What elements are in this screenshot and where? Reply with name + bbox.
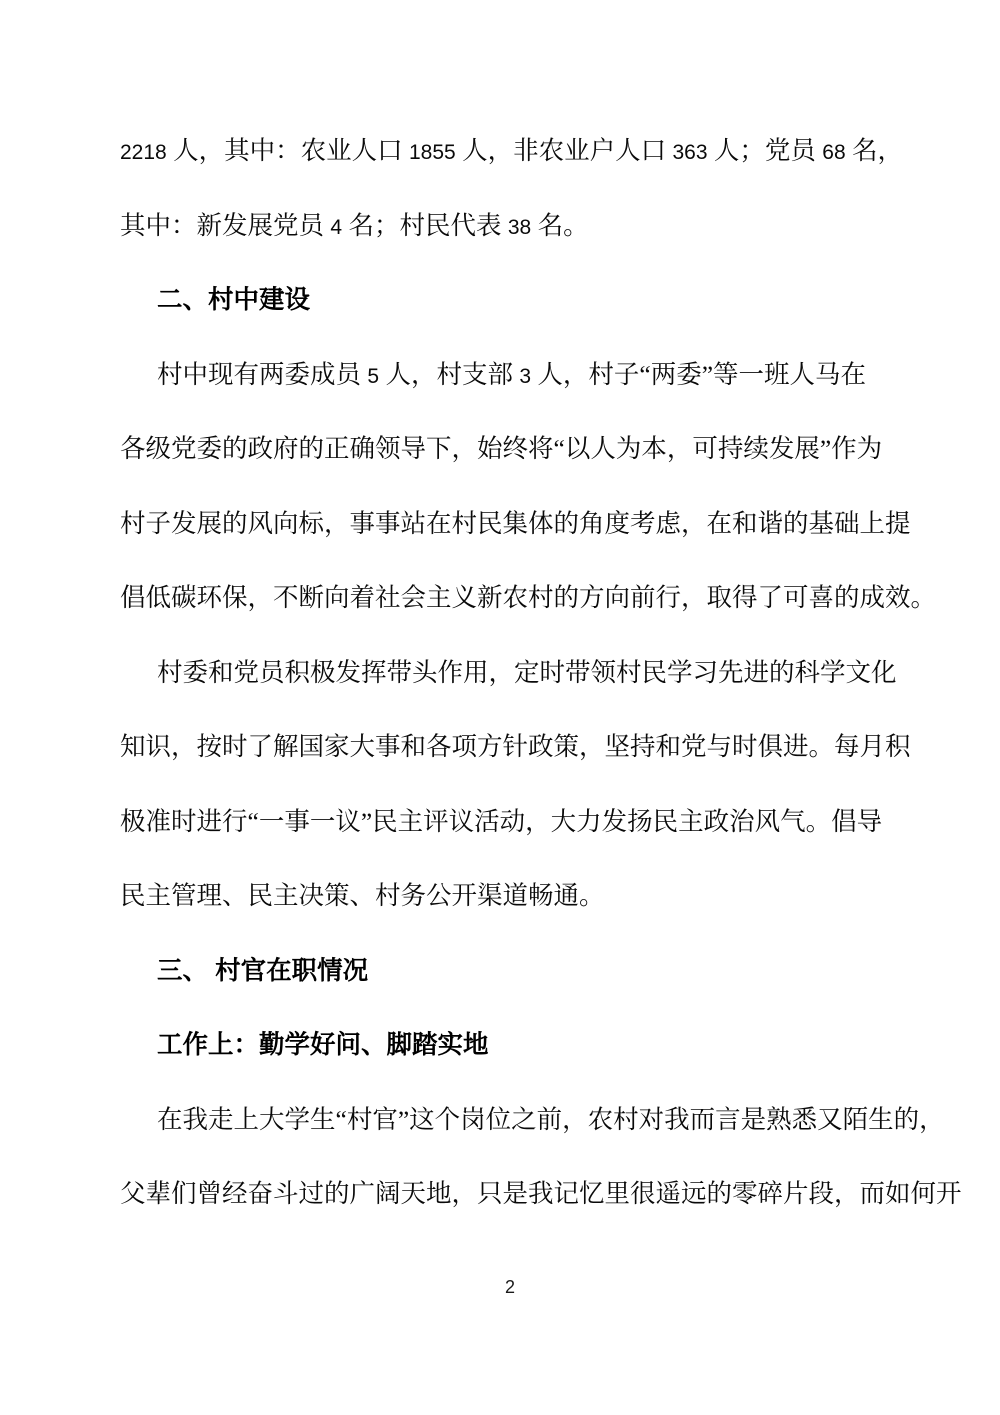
paragraph-line: 2218 人，其中：农业人口 1855 人，非农业户人口 363 人；党员 68… [120, 114, 965, 189]
paragraph-line: 其中：新发展党员 4 名；村民代表 38 名。 [120, 189, 965, 264]
paragraph-line: 在我走上大学生“村官”这个岗位之前，农村对我而言是熟悉又陌生的， [120, 1083, 965, 1158]
numeric-value: 3 [519, 365, 531, 388]
numeric-value: 1855 [409, 141, 456, 164]
document-body: 2218 人，其中：农业人口 1855 人，非农业户人口 363 人；党员 68… [120, 114, 965, 1232]
numeric-value: 363 [672, 141, 707, 164]
numeric-value: 68 [822, 141, 845, 164]
page-number: 2 [120, 1272, 900, 1302]
numeric-value: 4 [330, 216, 342, 239]
section-heading: 工作上：勤学好问、脚踏实地 [120, 1008, 965, 1083]
section-heading: 二、村中建设 [120, 263, 965, 338]
paragraph-line: 各级党委的政府的正确领导下，始终将“以人为本，可持续发展”作为 [120, 412, 965, 487]
numeric-value: 38 [508, 216, 531, 239]
paragraph-line: 村中现有两委成员 5 人，村支部 3 人，村子“两委”等一班人马在 [120, 338, 965, 413]
paragraph-line: 父辈们曾经奋斗过的广阔天地，只是我记忆里很遥远的零碎片段，而如何开 [120, 1157, 965, 1232]
paragraph-line: 村委和党员积极发挥带头作用，定时带领村民学习先进的科学文化 [120, 636, 965, 711]
numeric-value: 5 [367, 365, 379, 388]
paragraph-line: 民主管理、民主决策、村务公开渠道畅通。 [120, 859, 965, 934]
paragraph-line: 极准时进行“一事一议”民主评议活动，大力发扬民主政治风气。倡导 [120, 785, 965, 860]
paragraph-line: 倡低碳环保，不断向着社会主义新农村的方向前行，取得了可喜的成效。 [120, 561, 965, 636]
numeric-value: 2218 [120, 141, 167, 164]
section-heading: 三、 村官在职情况 [120, 934, 965, 1009]
document-page: 2218 人，其中：农业人口 1855 人，非农业户人口 363 人；党员 68… [0, 0, 1000, 1415]
paragraph-line: 村子发展的风向标，事事站在村民集体的角度考虑，在和谐的基础上提 [120, 487, 965, 562]
paragraph-line: 知识，按时了解国家大事和各项方针政策，坚持和党与时俱进。每月积 [120, 710, 965, 785]
